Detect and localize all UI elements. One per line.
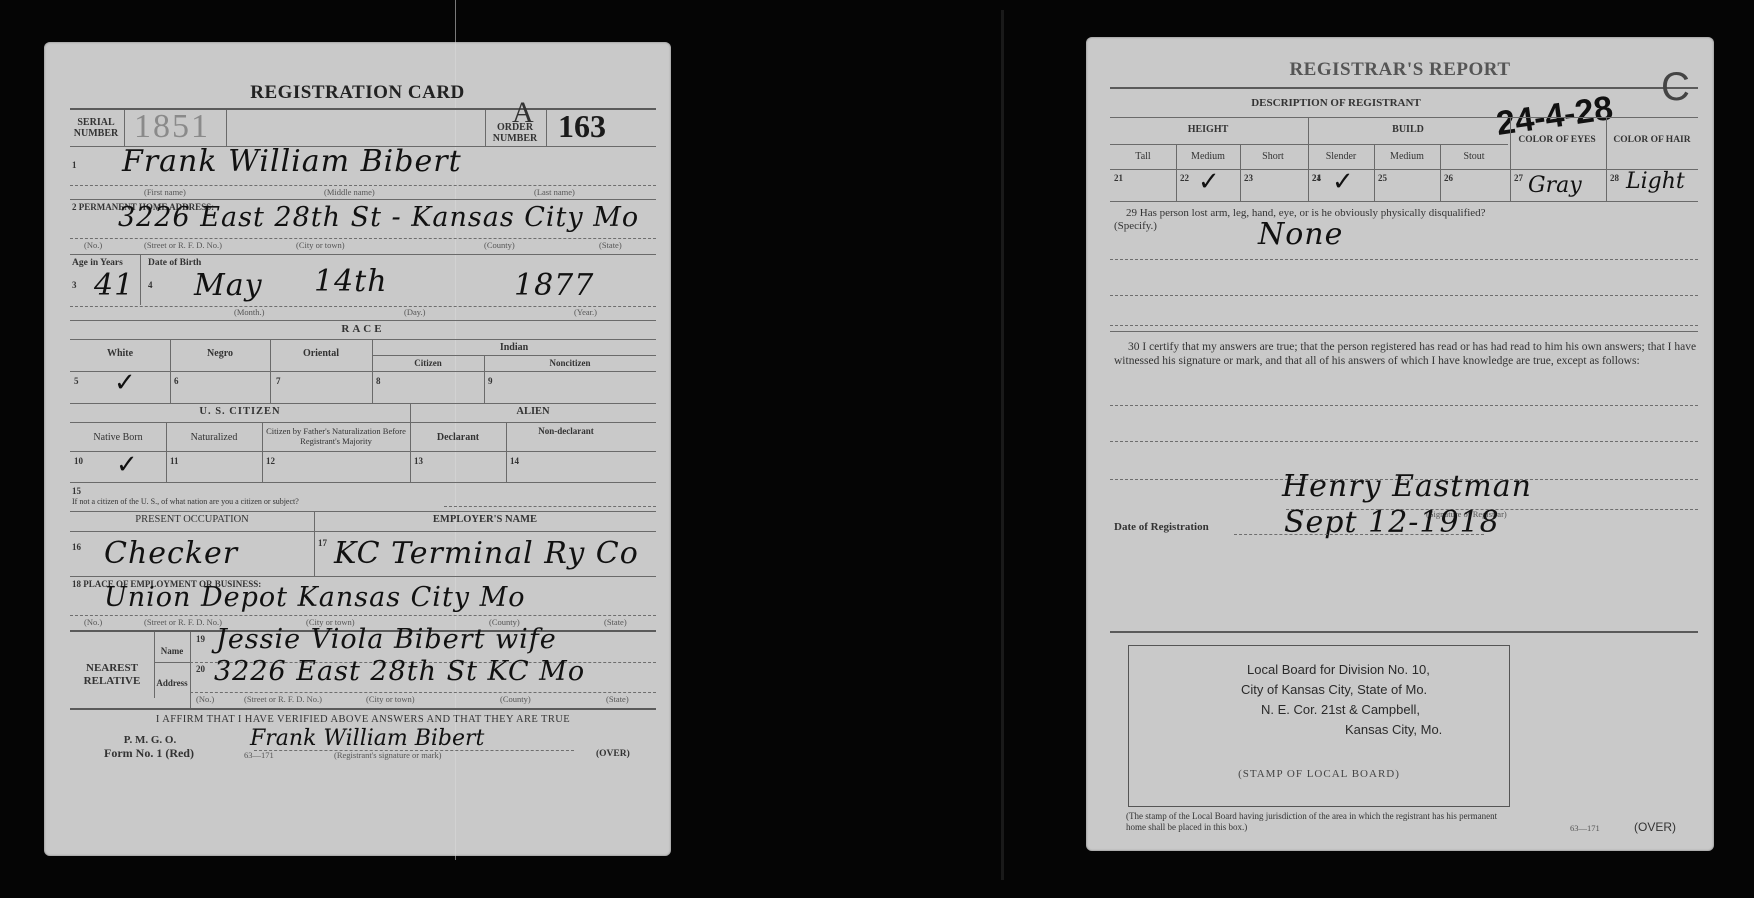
rule	[372, 340, 373, 403]
rule	[154, 662, 190, 663]
field-number: 25	[1378, 173, 1387, 183]
rule	[506, 423, 507, 482]
rule	[1110, 441, 1698, 442]
relative-address-label: Address	[154, 678, 190, 688]
rule	[70, 199, 656, 200]
field-number: 4	[148, 280, 153, 290]
stamp-instruction-note: (The stamp of the Local Board having jur…	[1126, 811, 1516, 833]
first-name-caption: (First name)	[144, 187, 186, 197]
caption: (No.)	[196, 694, 214, 704]
caption: (State)	[599, 240, 622, 250]
relative-name-label: Name	[154, 646, 190, 656]
registration-card-front: REGISTRATION CARD SERIAL NUMBER 1851 A O…	[44, 42, 671, 856]
build-slender-label: Slender	[1308, 151, 1374, 162]
field-number: 8	[376, 376, 381, 386]
field-number: 24	[1312, 173, 1321, 183]
rule	[190, 692, 656, 693]
birth-year-value: 1877	[514, 268, 594, 303]
over-label: (OVER)	[1634, 820, 1676, 834]
age-value: 41	[94, 268, 134, 303]
specify-label: (Specify.)	[1114, 220, 1157, 232]
print-code: 63—171	[1570, 823, 1600, 833]
height-heading: HEIGHT	[1110, 124, 1306, 135]
disqualification-value: None	[1258, 217, 1343, 252]
field-number: 12	[266, 456, 275, 466]
rule	[70, 254, 656, 255]
registrar-certification-text: 30 I certify that my answers are true; t…	[1114, 340, 1702, 368]
rule	[170, 340, 171, 403]
build-heading: BUILD	[1308, 124, 1508, 135]
caption: (No.)	[84, 617, 102, 627]
field-number: 27	[1514, 173, 1523, 183]
field-number: 15	[72, 486, 81, 496]
rule	[70, 576, 656, 577]
rule	[70, 531, 656, 532]
rule	[70, 339, 656, 340]
rule	[1240, 144, 1241, 201]
relative-address-value: 3226 East 28th St KC Mo	[214, 656, 585, 687]
affirmation-text: I AFFIRM THAT I HAVE VERIFIED ABOVE ANSW…	[70, 714, 656, 725]
caption: (No.)	[84, 240, 102, 250]
rule	[124, 110, 125, 146]
build-slender-checkmark: ✓	[1332, 167, 1354, 197]
rule	[1110, 295, 1698, 296]
rule	[372, 355, 656, 356]
rule	[546, 110, 547, 146]
indian-citizen-label: Citizen	[372, 358, 484, 368]
field-number: 7	[276, 376, 281, 386]
rule	[154, 632, 155, 698]
place-of-employment-value: Union Depot Kansas City Mo	[104, 582, 526, 613]
rule	[70, 511, 656, 512]
rule	[226, 110, 227, 146]
occupation-heading: PRESENT OCCUPATION	[70, 514, 314, 525]
birth-day-value: 14th	[314, 264, 388, 299]
eye-color-value: Gray	[1528, 173, 1582, 198]
height-tall-label: Tall	[1110, 151, 1176, 162]
rule	[140, 255, 141, 305]
height-medium-checkmark: ✓	[1198, 167, 1220, 197]
nation-question: If not a citizen of the U. S., of what n…	[72, 497, 299, 506]
serial-number-label: SERIAL NUMBER	[70, 117, 122, 139]
rule	[444, 506, 656, 507]
build-medium-label: Medium	[1374, 151, 1440, 162]
field-number: 17	[318, 538, 327, 548]
rule	[1110, 144, 1508, 145]
field-number: 11	[170, 456, 179, 466]
registrar-signature: Henry Eastman	[1282, 469, 1532, 504]
rule	[70, 482, 656, 483]
eye-color-heading: COLOR OF EYES	[1510, 135, 1604, 146]
rule	[70, 708, 656, 710]
caption: (Street or R. F. D. No.)	[144, 617, 222, 627]
registrant-signature: Frank William Bibert	[250, 726, 484, 751]
race-heading: RACE	[70, 323, 656, 335]
field-number: 3	[72, 280, 77, 290]
race-white-label: White	[70, 348, 170, 359]
rule	[410, 404, 411, 482]
us-citizen-heading: U. S. CITIZEN	[70, 406, 410, 417]
caption: (Day.)	[404, 307, 425, 317]
field-number: 10	[74, 456, 83, 466]
report-title: REGISTRAR'S REPORT	[1086, 59, 1714, 81]
hair-color-value: Light	[1626, 169, 1685, 194]
height-short-label: Short	[1240, 151, 1306, 162]
rule	[1110, 405, 1698, 406]
rule	[1374, 144, 1375, 201]
rule	[484, 356, 485, 403]
rule	[1110, 259, 1698, 260]
stamp-line: City of Kansas City, State of Mo.	[1241, 680, 1427, 700]
occupation-value: Checker	[104, 536, 238, 571]
rule	[1440, 144, 1441, 201]
film-divider	[1001, 10, 1004, 880]
field-number: 16	[72, 542, 81, 552]
rule	[1176, 144, 1177, 201]
build-stout-label: Stout	[1440, 151, 1508, 162]
rule	[1606, 118, 1607, 201]
alien-heading: ALIEN	[410, 406, 656, 417]
serial-number: 1851	[134, 108, 210, 146]
rule	[270, 340, 271, 403]
indian-noncitizen-label: Noncitizen	[484, 358, 656, 368]
annotation-letter: C	[1661, 65, 1690, 110]
race-indian-label: Indian	[372, 342, 656, 353]
field-number: 5	[74, 376, 79, 386]
field-number: 28	[1610, 173, 1619, 183]
field-number: 20	[196, 664, 205, 674]
form-number-label: Form No. 1 (Red)	[64, 746, 234, 761]
age-label: Age in Years	[72, 258, 123, 268]
rule	[70, 320, 656, 321]
field-number: 21	[1114, 173, 1123, 183]
rule	[70, 422, 656, 423]
race-white-checkmark: ✓	[114, 368, 136, 398]
stamp-line: Kansas City, Mo.	[1345, 720, 1442, 740]
print-code: 63—171	[244, 750, 274, 760]
rule	[70, 306, 656, 307]
last-name-caption: (Last name)	[534, 187, 575, 197]
field-number: 6	[174, 376, 179, 386]
caption: (City or town)	[296, 240, 345, 250]
native-born-checkmark: ✓	[116, 450, 138, 480]
field-number: 14	[510, 456, 519, 466]
field-number: 1	[72, 160, 77, 170]
rule	[70, 238, 656, 239]
signature-caption: (Registrant's signature or mark)	[334, 750, 442, 760]
field-number: 13	[414, 456, 423, 466]
rule	[166, 423, 167, 482]
nearest-relative-label: NEAREST RELATIVE	[70, 662, 154, 688]
stamp-line: Local Board for Division No. 10,	[1247, 660, 1430, 680]
registration-date-label: Date of Registration	[1114, 521, 1209, 533]
rule	[1110, 201, 1698, 202]
order-number: 163	[558, 108, 606, 145]
dob-label: Date of Birth	[148, 258, 201, 268]
native-born-label: Native Born	[70, 432, 166, 443]
rule	[70, 403, 656, 404]
rule	[485, 110, 486, 146]
height-medium-label: Medium	[1176, 151, 1240, 162]
race-negro-label: Negro	[170, 348, 270, 359]
caption: (State)	[606, 694, 629, 704]
relative-name-value: Jessie Viola Bibert wife	[216, 624, 557, 655]
naturalized-label: Naturalized	[166, 432, 262, 443]
local-board-stamp-box: Local Board for Division No. 10, City of…	[1128, 645, 1510, 807]
home-address-value: 3226 East 28th St - Kansas City Mo	[118, 202, 639, 233]
rule	[1110, 325, 1698, 326]
registrars-report-back: REGISTRAR'S REPORT DESCRIPTION OF REGIST…	[1086, 37, 1714, 851]
caption: (State)	[604, 617, 627, 627]
rule	[1110, 331, 1698, 332]
stamp-line: N. E. Cor. 21st & Campbell,	[1261, 700, 1420, 720]
caption: (County)	[484, 240, 515, 250]
stamp-caption: (STAMP OF LOCAL BOARD)	[1129, 768, 1509, 780]
caption: (City or town)	[366, 694, 415, 704]
card-title: REGISTRATION CARD	[44, 82, 671, 104]
field-number: 26	[1444, 173, 1453, 183]
rule	[314, 512, 315, 576]
field-number: 9	[488, 376, 493, 386]
rule	[1110, 631, 1698, 633]
field-number: 19	[196, 634, 205, 644]
rule	[1110, 117, 1698, 118]
caption: (Year.)	[574, 307, 597, 317]
rule	[70, 615, 656, 616]
employer-heading: EMPLOYER'S NAME	[314, 514, 656, 525]
declarant-label: Declarant	[410, 432, 506, 443]
field-number: 23	[1244, 173, 1253, 183]
rule	[70, 371, 656, 372]
caption: (County)	[500, 694, 531, 704]
birth-month-value: May	[194, 268, 263, 303]
employer-value: KC Terminal Ry Co	[334, 536, 639, 571]
rule	[1510, 118, 1511, 201]
hair-color-heading: COLOR OF HAIR	[1606, 135, 1698, 146]
rule	[70, 451, 656, 452]
race-oriental-label: Oriental	[270, 348, 372, 359]
caption: (Street or R. F. D. No.)	[244, 694, 322, 704]
registrant-name-value: Frank William Bibert	[122, 144, 462, 179]
caption: (Month.)	[234, 307, 264, 317]
caption: (Street or R. F. D. No.)	[144, 240, 222, 250]
rule	[262, 423, 263, 482]
order-number-label: ORDER NUMBER	[487, 122, 543, 144]
field-number: 22	[1180, 173, 1189, 183]
citizen-by-father-label: Citizen by Father's Naturalization Befor…	[262, 426, 410, 446]
over-label: (OVER)	[596, 749, 630, 759]
middle-name-caption: (Middle name)	[324, 187, 375, 197]
nondeclarant-label: Non-declarant	[506, 426, 626, 436]
rule	[190, 632, 191, 710]
pmgo-label: P. M. G. O.	[70, 734, 230, 746]
rule	[1234, 534, 1484, 535]
rule	[70, 185, 656, 186]
